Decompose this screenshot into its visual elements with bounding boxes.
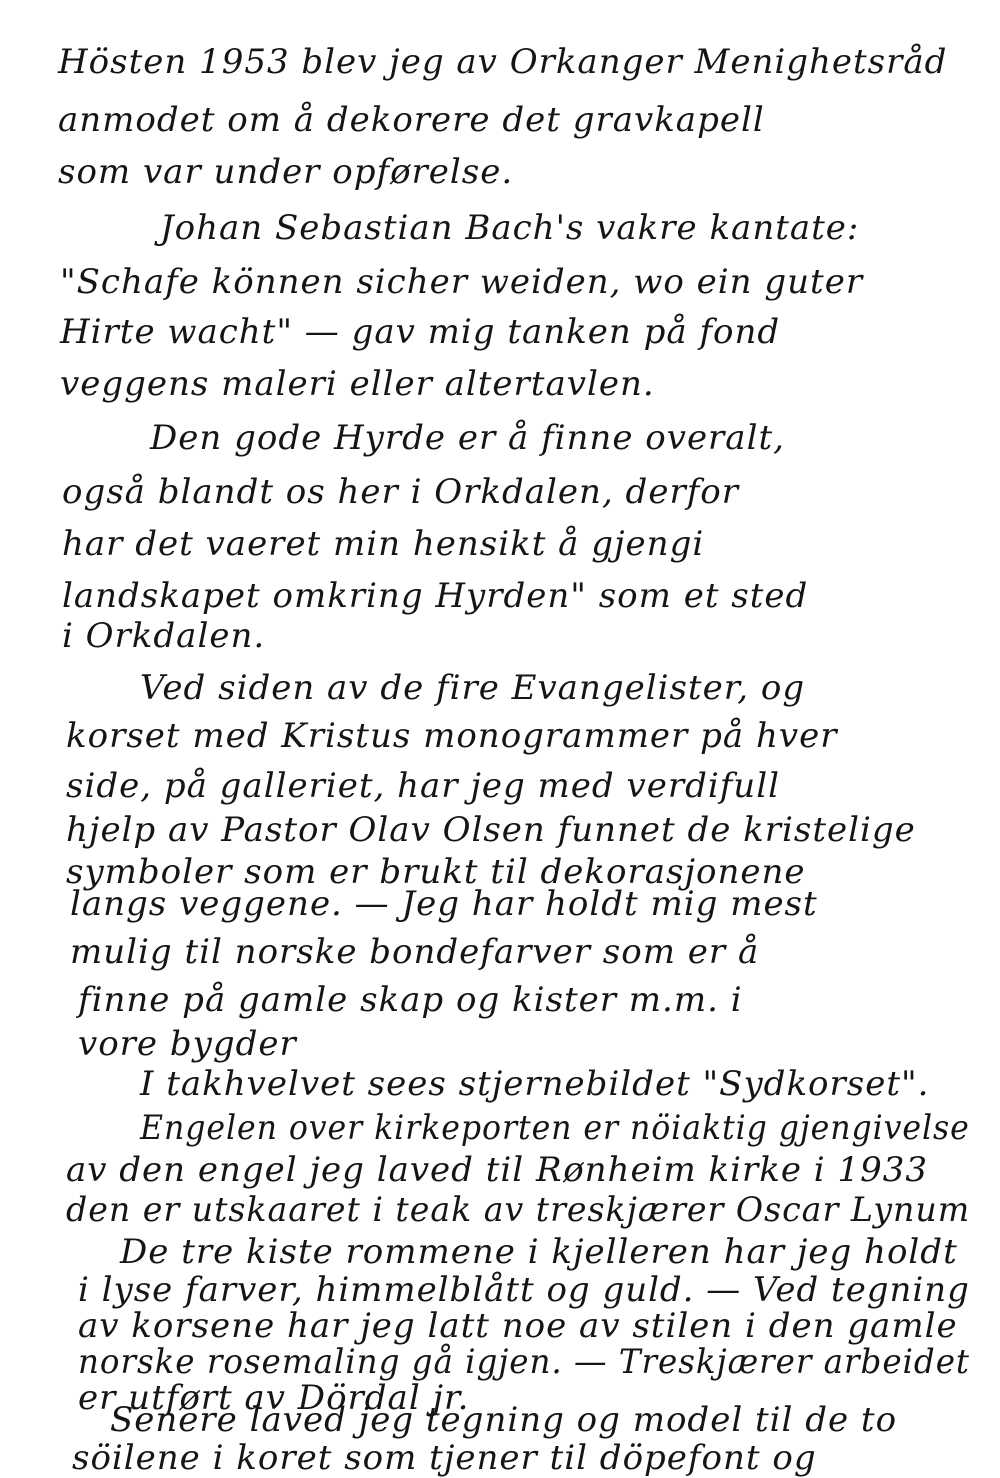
text-line: mulig til norske bondefarver som er å [70, 932, 759, 972]
text-line: Johan Sebastian Bach's vakre kantate: [160, 208, 859, 248]
text-line: i Orkdalen. [62, 616, 265, 656]
text-line: De tre kiste rommene i kjelleren har jeg… [120, 1232, 958, 1272]
text-line: landskapet omkring Hyrden" som et sted [62, 576, 808, 616]
text-line: av den engel jeg laved til Rønheim kirke… [66, 1150, 928, 1190]
text-line: i lyse farver, himmelblått og guld. — Ve… [78, 1270, 970, 1310]
text-line: "Schafe können sicher weiden, wo ein gut… [60, 262, 863, 302]
text-line: Hösten 1953 blev jeg av Orkanger Menighe… [58, 42, 947, 82]
text-line: side, på galleriet, har jeg med verdiful… [66, 766, 780, 806]
text-line: veggens maleri eller altertavlen. [60, 364, 655, 404]
text-line: finne på gamle skap og kister m.m. i [78, 980, 743, 1020]
text-line: som var under opførelse. [58, 152, 513, 192]
text-line: vore bygder [78, 1024, 297, 1064]
text-line: söilene i koret som tjener til döpefont … [72, 1438, 817, 1478]
text-line: korset med Kristus monogrammer på hver [66, 716, 837, 756]
text-line: av korsene har jeg latt noe av stilen i … [78, 1306, 958, 1346]
text-line: Ved siden av de fire Evangelister, og [140, 668, 805, 708]
text-line: I takhvelvet sees stjernebildet "Sydkors… [140, 1064, 929, 1104]
text-line: Den gode Hyrde er å finne overalt, [150, 418, 785, 458]
scanned-handwritten-page: Hösten 1953 blev jeg av Orkanger Menighe… [0, 0, 1000, 1478]
text-line: anmodet om å dekorere det gravkapell [58, 100, 765, 140]
text-line: Hirte wacht" — gav mig tanken på fond [60, 312, 780, 352]
text-line: langs veggene. — Jeg har holdt mig mest [70, 884, 818, 924]
text-line: Engelen over kirkeporten er nöiaktig gje… [140, 1108, 970, 1148]
text-line: Senere laved jeg tegning og model til de… [110, 1400, 897, 1440]
text-line: norske rosemaling gå igjen. — Treskjærer… [78, 1342, 970, 1382]
text-line: også blandt os her i Orkdalen, derfor [62, 472, 739, 512]
text-line: den er utskaaret i teak av treskjærer Os… [66, 1190, 970, 1230]
text-line: har det vaeret min hensikt å gjengi [62, 524, 704, 564]
text-line: hjelp av Pastor Olav Olsen funnet de kri… [66, 810, 916, 850]
